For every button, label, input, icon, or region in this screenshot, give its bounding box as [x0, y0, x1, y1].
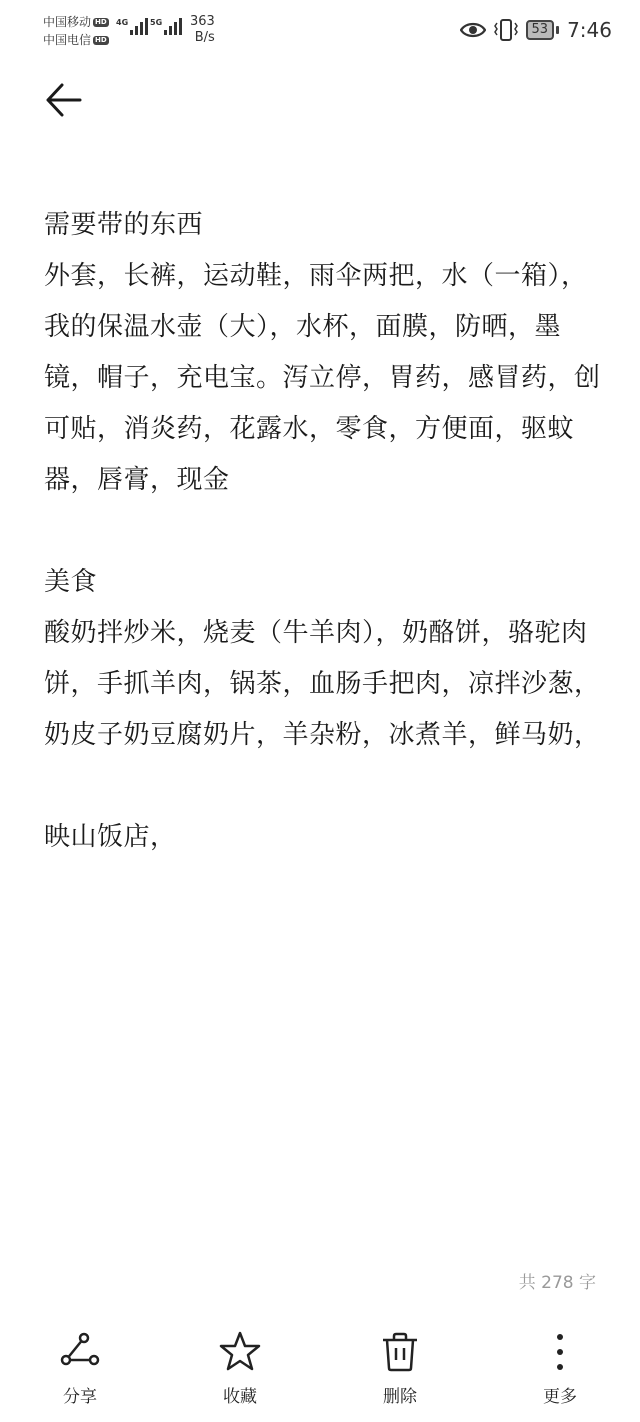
more-label: 更多: [543, 1382, 577, 1407]
network-speed: 363 B/s: [190, 14, 215, 46]
hd-badge-icon: HD: [93, 18, 109, 27]
status-bar: 中国移动HD 中国电信HD 4G 5G 363 B/s 53 7:46: [0, 0, 640, 60]
delete-label: 删除: [383, 1382, 417, 1407]
favorite-label: 收藏: [223, 1382, 257, 1407]
trash-icon: [378, 1330, 422, 1374]
section-heading-food: 美食: [44, 557, 604, 608]
share-icon: [58, 1330, 102, 1374]
eye-icon: [460, 21, 486, 39]
clock: 7:46: [567, 18, 612, 42]
blank-line: [44, 761, 604, 812]
items-list-text: 外套，长裤，运动鞋，雨伞两把，水（一箱），我的保温水壶（大），水杯，面膜，防晒，…: [44, 251, 604, 506]
restaurant-text: 映山饭店，: [44, 812, 604, 863]
delete-button[interactable]: 删除: [320, 1330, 480, 1422]
share-button[interactable]: 分享: [0, 1330, 160, 1422]
arrow-left-icon: [44, 80, 84, 120]
carrier-info: 中国移动HD 中国电信HD: [43, 13, 109, 49]
vibrate-icon: [494, 19, 518, 41]
back-button[interactable]: [44, 80, 84, 120]
signal-5g-icon: 5G: [150, 18, 184, 35]
more-vertical-icon: [538, 1330, 582, 1374]
carrier-2: 中国电信: [43, 31, 91, 49]
note-body[interactable]: 需要带的东西 外套，长裤，运动鞋，雨伞两把，水（一箱），我的保温水壶（大），水杯…: [44, 200, 604, 863]
blank-line: [44, 506, 604, 557]
share-label: 分享: [63, 1382, 97, 1407]
section-heading-items: 需要带的东西: [44, 200, 604, 251]
favorite-button[interactable]: 收藏: [160, 1330, 320, 1422]
bottom-toolbar: 分享 收藏 删除 更多: [0, 1330, 640, 1422]
signal-4g-icon: 4G: [116, 18, 150, 35]
carrier-1: 中国移动: [43, 13, 91, 31]
food-list-text: 酸奶拌炒米，烧麦（牛羊肉），奶酪饼，骆驼肉饼，手抓羊肉，锅茶，血肠手把肉，凉拌沙…: [44, 608, 604, 761]
star-icon: [218, 1330, 262, 1374]
hd-badge-icon: HD: [93, 36, 109, 45]
battery-icon: 53: [526, 20, 560, 40]
more-button[interactable]: 更多: [480, 1330, 640, 1422]
word-count: 共 278 字: [519, 1268, 596, 1293]
